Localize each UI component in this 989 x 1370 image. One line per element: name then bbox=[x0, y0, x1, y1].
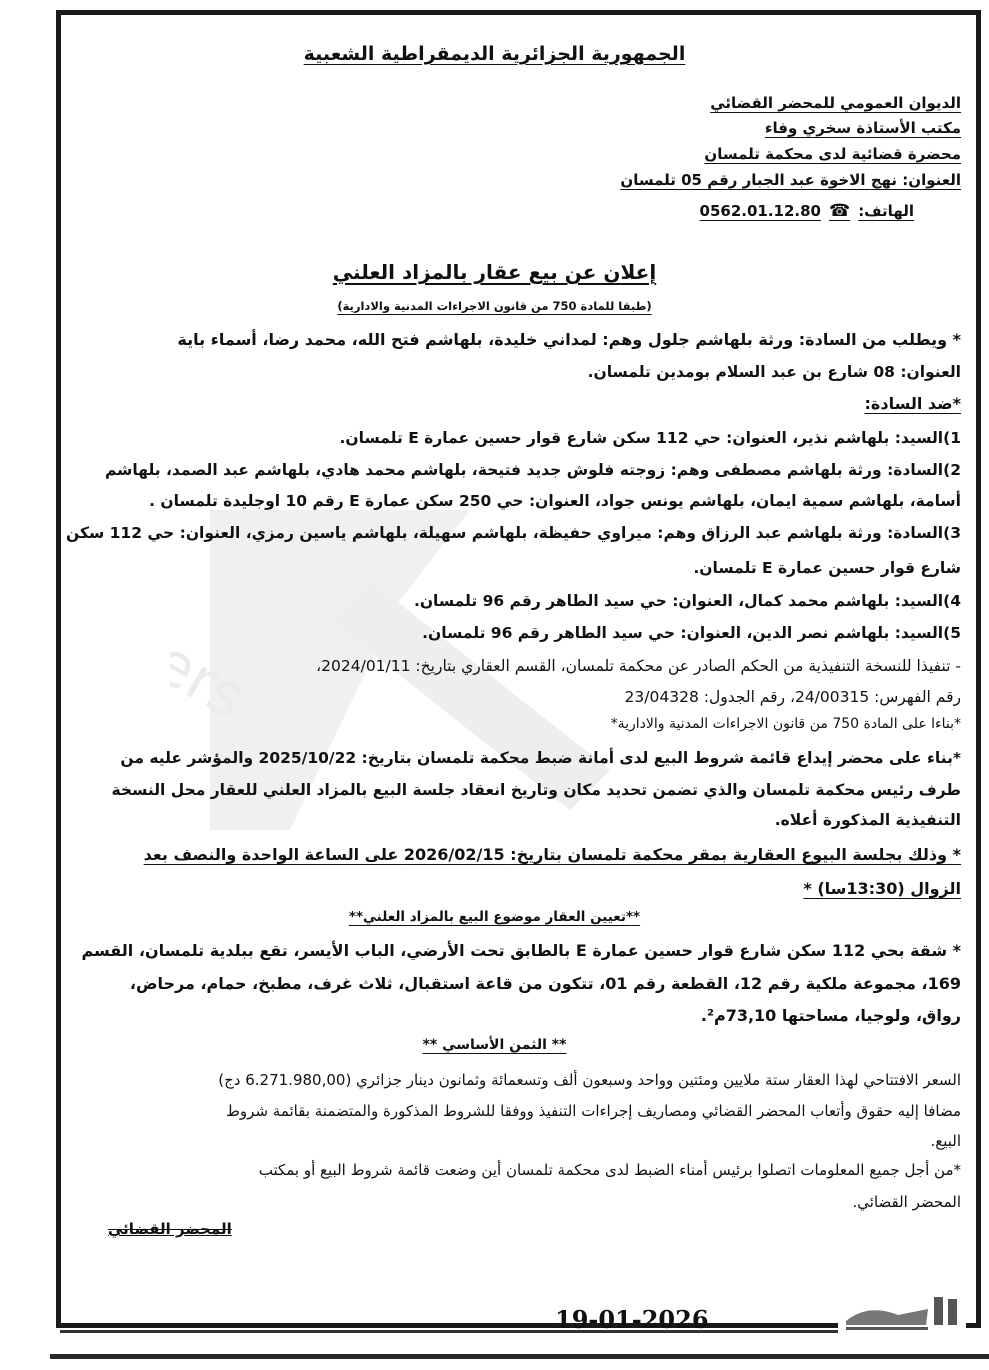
execution-line-1: - تنفيذا للنسخة التنفيذية من الحكم الصاد… bbox=[316, 659, 961, 675]
petitioners-address: العنوان: 08 شارع بن عبد السلام بومدين تل… bbox=[588, 365, 961, 381]
footer-rule bbox=[60, 1330, 920, 1333]
execution-line-3: *بناءا على المادة 750 من قانون الاجراءات… bbox=[611, 717, 961, 731]
deposit-line-1: *بناء على محضر إيداع قائمة شروط البيع لد… bbox=[120, 751, 961, 767]
phone-number: 0562.01.12.80 bbox=[700, 202, 821, 220]
office-address: العنوان: نهج الاخوة عبد الجبار رقم 05 تل… bbox=[620, 171, 961, 189]
execution-line-2: رقم الفهرس: 24/00315، رقم الجدول: 23/043… bbox=[625, 690, 961, 706]
session-line-2: الزوال (13:30سا) * bbox=[803, 881, 961, 897]
contact-line-2: المحضر القضائي. bbox=[853, 1195, 962, 1210]
publication-date: 19-01-2026 bbox=[555, 1305, 709, 1334]
page-subtitle: (طبقا للمادة 750 من قانون الاجراءات المد… bbox=[0, 299, 989, 313]
against-label: *ضد السادة: bbox=[865, 396, 961, 412]
defendant-1: 1)السيد: بلهاشم نذير، العنوان: حي 112 سك… bbox=[340, 431, 961, 447]
republic-title: الجمهورية الجزائرية الديمقراطية الشعبية bbox=[0, 43, 989, 65]
property-line-3: رواق، ولوجيا، مساحتها 73,10م². bbox=[701, 1008, 961, 1024]
contact-line-1: *من أجل جميع المعلومات اتصلوا برئيس أمنا… bbox=[259, 1163, 961, 1178]
property-line-1: * شقة بحي 112 سكن شارع قوار حسين عمارة E… bbox=[81, 943, 961, 959]
property-line-2: 169، مجموعة ملكية رقم 12، القطعة رقم 01،… bbox=[130, 976, 961, 992]
telephone-icon: ☎ bbox=[829, 201, 850, 221]
office-line-2: مكتب الأستاذة سخري وفاء bbox=[765, 119, 961, 137]
price-line-1: السعر الافتتاحي لهذا العقار ستة ملايين و… bbox=[218, 1073, 961, 1088]
deposit-line-2: طرف رئيس محكمة تلمسان والذي تضمن تحديد م… bbox=[112, 783, 961, 799]
newspaper-logo bbox=[838, 1293, 966, 1335]
office-line-3: محضرة قضائية لدى محكمة تلمسان bbox=[704, 145, 961, 163]
defendant-5: 5)السيد: بلهاشم نصر الدين، العنوان: حي س… bbox=[422, 626, 961, 642]
price-heading: ** الثمن الأساسي ** bbox=[0, 1037, 989, 1053]
office-line-1: الديوان العمومي للمحضر القضائي bbox=[710, 94, 961, 112]
office-phone: الهاتف: ☎ 0562.01.12.80 bbox=[700, 201, 914, 221]
bailiff-signature: المحضر القضائي bbox=[108, 1220, 232, 1238]
bottom-rule bbox=[50, 1354, 989, 1359]
newspaper-logo-icon bbox=[838, 1293, 966, 1335]
phone-label: الهاتف: bbox=[858, 202, 914, 220]
defendant-3-cont: شارع قوار حسين عمارة E تلمسان. bbox=[693, 561, 961, 577]
defendant-4: 4)السيد: بلهاشم محمد كمال، العنوان: حي س… bbox=[414, 594, 961, 610]
deposit-line-3: التنفيذية المذكورة أعلاه. bbox=[775, 813, 961, 829]
defendant-2: 2)السادة: ورثة بلهاشم مصطفى وهم: زوجته ف… bbox=[105, 463, 961, 479]
defendant-3: 3)السادة: ورثة بلهاشم عبد الرزاق وهم: مي… bbox=[66, 526, 961, 542]
page-title: إعلان عن بيع عقار بالمزاد العلني bbox=[0, 260, 989, 284]
session-line-1: * وذلك بجلسة البيوع العقارية بمقر محكمة … bbox=[144, 847, 961, 863]
price-line-3: البيع. bbox=[930, 1134, 961, 1149]
price-line-2: مضافا إليه حقوق وأتعاب المحضر القضائي وم… bbox=[226, 1104, 961, 1119]
defendant-2-cont: أسامة، بلهاشم سمية ايمان، بلهاشم يونس جو… bbox=[149, 494, 961, 510]
petitioners-line: * ويطلب من السادة: ورثة بلهاشم جلول وهم:… bbox=[177, 332, 961, 348]
property-heading: **تعيين العقار موضوع البيع بالمزاد العلن… bbox=[0, 909, 989, 925]
